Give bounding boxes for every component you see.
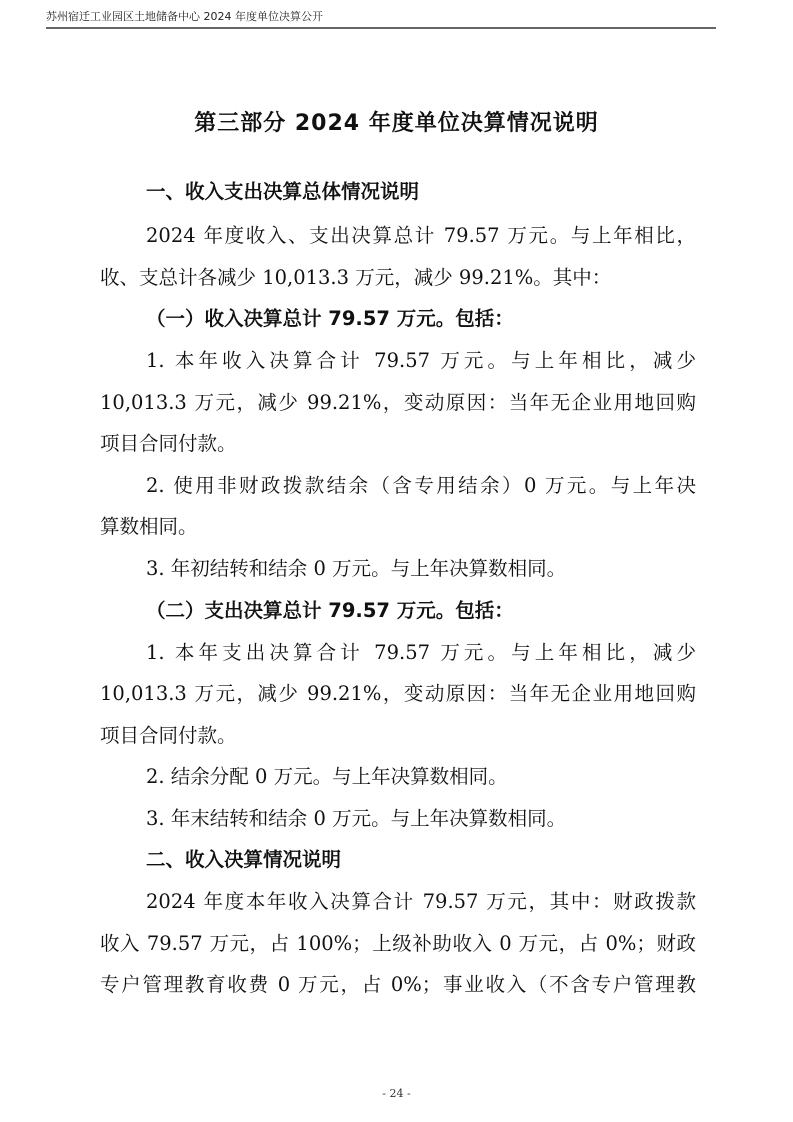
page-title: 第三部分 2024 年度单位决算情况说明 [0, 106, 793, 137]
header-divider [46, 27, 716, 29]
running-header: 苏州宿迁工业园区土地储备中心 2024 年度单位决算公开 [46, 8, 746, 24]
paragraph-line: 收入 79.57 万元，占 100%；上级补助收入 0 万元，占 0%；财政 [100, 932, 696, 956]
paragraph-line: 3. 年末结转和结余 0 万元。与上年决算数相同。 [146, 807, 566, 831]
paragraph-line: 专户管理教育收费 0 万元，占 0%；事业收入（不含专户管理教 [100, 973, 696, 997]
paragraph-line: 2. 使用非财政拨款结余（含专用结余）0 万元。与上年决 [146, 474, 696, 498]
section-heading: 一、收入支出决算总体情况说明 [146, 180, 419, 204]
subsection-heading: （一）收入决算总计 79.57 万元。包括： [146, 307, 514, 331]
page-number: - 24 - [0, 1087, 793, 1100]
paragraph-line: 2024 年度本年收入决算合计 79.57 万元，其中：财政拨款 [146, 890, 696, 914]
paragraph-line: 收、支总计各减少 10,013.3 万元，减少 99.21%。其中： [100, 266, 611, 290]
paragraph-line: 10,013.3 万元，减少 99.21%，变动原因：当年无企业用地回购 [100, 391, 696, 415]
paragraph-line: 3. 年初结转和结余 0 万元。与上年决算数相同。 [146, 557, 566, 581]
paragraph-line: 2024 年度收入、支出决算总计 79.57 万元。与上年相比， [146, 224, 696, 248]
section-heading: 二、收入决算情况说明 [146, 848, 341, 872]
paragraph-line: 1. 本年收入决算合计 79.57 万元。与上年相比，减少 [146, 349, 696, 373]
paragraph-line: 算数相同。 [100, 515, 198, 539]
paragraph-line: 1. 本年支出决算合计 79.57 万元。与上年相比，减少 [146, 641, 696, 665]
subsection-heading: （二）支出决算总计 79.57 万元。包括： [146, 599, 514, 623]
paragraph-line: 2. 结余分配 0 万元。与上年决算数相同。 [146, 765, 508, 789]
paragraph-line: 10,013.3 万元，减少 99.21%，变动原因：当年无企业用地回购 [100, 682, 696, 706]
paragraph-line: 项目合同付款。 [100, 724, 237, 748]
paragraph-line: 项目合同付款。 [100, 432, 237, 456]
